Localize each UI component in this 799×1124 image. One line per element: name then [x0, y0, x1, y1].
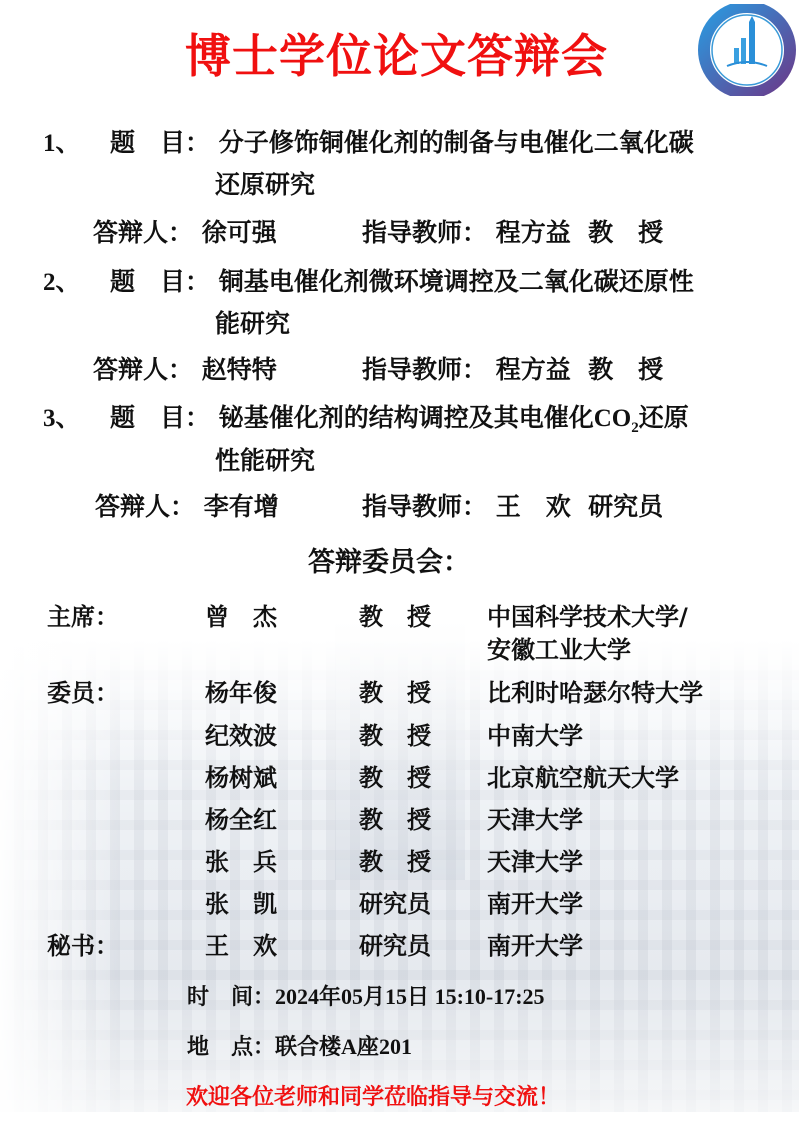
member-institution: 比利时哈瑟尔特大学	[487, 673, 703, 708]
defense-3-advisor-row: 指导教师： 王 欢 研究员	[362, 487, 663, 523]
candidate-name: 赵特特	[202, 355, 277, 384]
poster: 博士学位论文答辩会 1、 题 目： 分子修饰铜催化剂的制备与电催化二氧化碳 还原…	[0, 0, 799, 1124]
member-name: 张 凯	[205, 884, 277, 919]
defense-index: 1、	[43, 130, 81, 157]
defense-2-candidate-row: 答辩人： 赵特特	[93, 350, 277, 386]
topic-label: 题 目：	[110, 267, 210, 296]
candidate-name: 徐可强	[202, 218, 277, 247]
member-institution: 天津大学	[487, 800, 583, 835]
member-label: 委员：	[47, 673, 119, 708]
secretary-name: 王 欢	[205, 926, 277, 961]
member-institution: 中国科学技术大学/	[487, 597, 688, 632]
advisor-name: 王 欢 研究员	[496, 492, 663, 521]
defense-index: 3、	[43, 405, 81, 432]
defense-1-candidate-row: 答辩人： 徐可强	[93, 213, 277, 249]
welcome-message: 欢迎各位老师和同学莅临指导与交流！	[186, 1080, 560, 1111]
member-title: 教 授	[359, 597, 431, 632]
member-name: 杨年俊	[205, 673, 277, 708]
member-title: 教 授	[359, 716, 431, 751]
event-time-row: 时 间：2024年05月15日 15:10-17:25	[187, 980, 545, 1011]
candidate-label: 答辩人：	[93, 218, 193, 247]
member-institution: 天津大学	[487, 842, 583, 877]
secretary-label: 秘书：	[47, 926, 119, 961]
member-title: 教 授	[359, 673, 431, 708]
member-title: 教 授	[359, 842, 431, 877]
defense-3-topic-row: 3、 题 目： 铋基催化剂的结构调控及其电催化CO2还原	[43, 398, 689, 437]
member-title: 研究员	[359, 884, 431, 919]
date-day-char: 日	[407, 985, 429, 1010]
defense-3-candidate-row: 答辩人： 李有增	[95, 487, 279, 523]
defense-index: 2、	[43, 269, 81, 296]
advisor-name: 程方益 教 授	[496, 218, 663, 247]
defense-2-advisor-row: 指导教师： 程方益 教 授	[362, 350, 663, 386]
member-name: 杨树斌	[205, 758, 277, 793]
date-year-char: 年	[319, 985, 341, 1010]
event-place-row: 地 点：联合楼A座201	[187, 1030, 412, 1061]
secretary-institution: 南开大学	[487, 926, 583, 961]
candidate-name: 李有增	[204, 492, 279, 521]
place-label: 地 点：	[187, 1035, 275, 1060]
member-name: 杨全红	[205, 800, 277, 835]
defense-2-topic-line2: 能研究	[215, 304, 290, 340]
chair-label: 主席：	[47, 597, 119, 632]
member-title: 教 授	[359, 758, 431, 793]
place-wing-char: 座	[357, 1035, 379, 1060]
co2-formula: CO	[594, 405, 632, 432]
member-name: 曾 杰	[205, 597, 277, 632]
member-institution: 北京航空航天大学	[487, 758, 679, 793]
member-institution: 中南大学	[487, 716, 583, 751]
defense-1-topic-row: 1、 题 目： 分子修饰铜催化剂的制备与电催化二氧化碳	[43, 123, 694, 159]
poster-title: 博士学位论文答辩会	[185, 20, 608, 86]
defense-2-topic-row: 2、 题 目： 铜基电催化剂微环境调控及二氧化碳还原性	[43, 262, 694, 298]
date-month-char: 月	[363, 985, 385, 1010]
co2-subscript: 2	[631, 420, 639, 436]
advisor-label: 指导教师：	[362, 218, 487, 247]
defense-1-topic-line2: 还原研究	[215, 165, 315, 201]
advisor-label: 指导教师：	[362, 492, 487, 521]
topic-text-end: 还原	[639, 403, 689, 432]
date-year: 2024	[275, 984, 319, 1009]
place-building: 联合楼	[275, 1035, 341, 1060]
time-label: 时 间：	[187, 985, 275, 1010]
topic-text: 分子修饰铜催化剂的制备与电催化二氧化碳	[219, 128, 694, 157]
lab-emblem-icon	[697, 4, 797, 96]
topic-label: 题 目：	[110, 128, 210, 157]
committee-heading: 答辩委员会：	[308, 540, 470, 579]
member-institution: 南开大学	[487, 884, 583, 919]
advisor-name: 程方益 教 授	[496, 355, 663, 384]
advisor-label: 指导教师：	[362, 355, 487, 384]
member-title: 教 授	[359, 800, 431, 835]
topic-text: 铜基电催化剂微环境调控及二氧化碳还原性	[219, 267, 694, 296]
defense-3-topic-line2: 性能研究	[215, 441, 315, 477]
member-institution-line2: 安徽工业大学	[487, 630, 631, 665]
date-month: 05	[341, 984, 363, 1009]
member-name: 纪效波	[205, 716, 277, 751]
defense-1-advisor-row: 指导教师： 程方益 教 授	[362, 213, 663, 249]
time-range: 15:10-17:25	[429, 984, 544, 1009]
member-name: 张 兵	[205, 842, 277, 877]
topic-text: 铋基催化剂的结构调控及其电催化	[219, 403, 594, 432]
date-day: 15	[385, 984, 407, 1009]
secretary-title: 研究员	[359, 926, 431, 961]
place-room: 201	[379, 1034, 412, 1059]
place-wing: A	[341, 1034, 357, 1059]
candidate-label: 答辩人：	[93, 355, 193, 384]
candidate-label: 答辩人：	[95, 492, 195, 521]
topic-label: 题 目：	[110, 403, 210, 432]
